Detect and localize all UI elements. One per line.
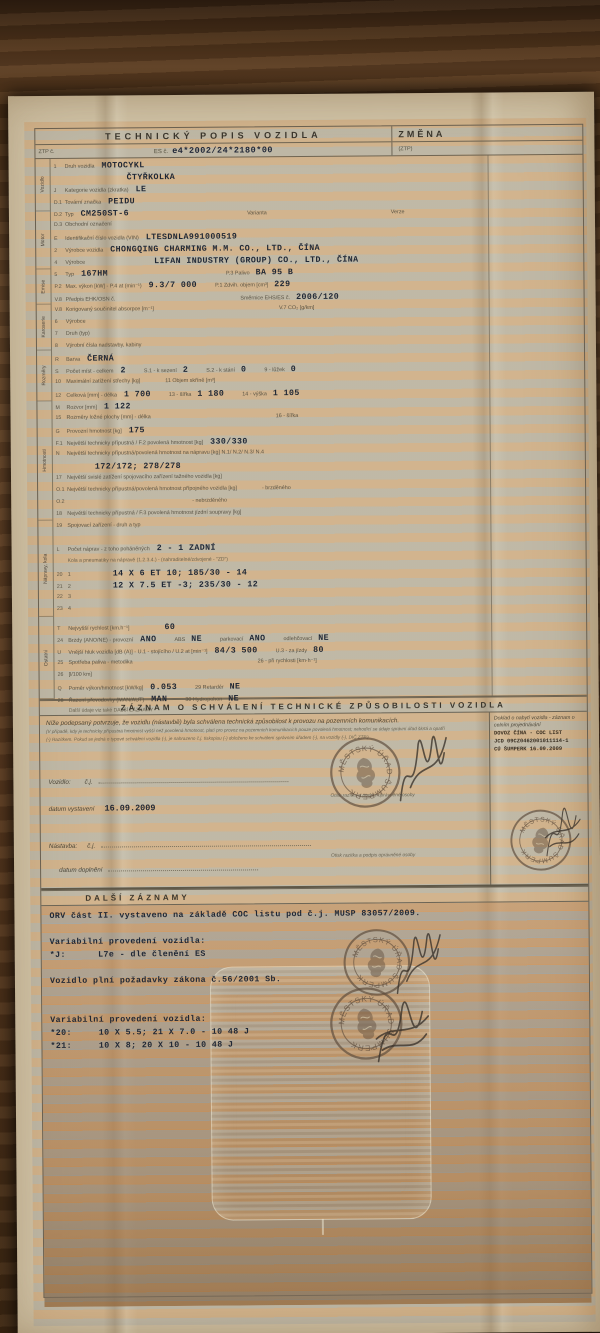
field-label: 14 - výška (242, 391, 267, 397)
field-label: Směrnice EHS/ES č. (240, 295, 290, 301)
field-label: - nebrzděného (192, 498, 227, 504)
field-label: 13 - šířka (169, 392, 192, 398)
records-section-title: DALŠÍ ZÁZNAMY (85, 892, 189, 902)
field-extra: 9 - lůžek0 (264, 365, 296, 374)
field-value: 2 (183, 366, 188, 375)
approval-main: Níže podepsaný potvrzuje, že vozidlu (ná… (40, 713, 490, 889)
field-label: [l/100 km] (69, 672, 92, 678)
completion-date-row: datum doplnění (49, 862, 258, 874)
section-tab-2: Motor (36, 211, 50, 269)
section-tab-5: Rozměry (37, 351, 51, 402)
field-number: 15 (56, 415, 67, 421)
field-label: S.1 - k sezení (144, 368, 177, 374)
field-number: 2 (54, 248, 65, 254)
field-number: O.2 (56, 499, 67, 505)
field-label: 9 - lůžek (264, 367, 284, 373)
field-label: Předpis EHK/OSN č. (66, 296, 116, 302)
field-label: 1 (68, 571, 78, 577)
field-label: P.3 Palivo (226, 271, 250, 277)
field-number: Q (58, 686, 69, 692)
field-extra: 13 - šířka1 180 (169, 390, 224, 399)
field-label: Největší technicky přípustná/povolená hm… (67, 449, 264, 457)
title-cell: TECHNICKÝ POPIS VOZIDLA (35, 126, 392, 144)
field-number: U (57, 650, 68, 656)
field-extra: P.1 Zdvih. objem [cm³]229 (215, 281, 290, 291)
field-value: 2006/120 (296, 292, 339, 301)
acquisition-line-3: CÚ ŠUMPERK 16.09.2009 (494, 746, 583, 753)
field-number: 4 (54, 260, 65, 266)
field-label: Spotřeba paliva - metodika (68, 659, 132, 666)
section-tab-3: Emise (36, 270, 50, 305)
field-label: Typ (65, 272, 74, 278)
ref-number-label-2: č.j. (87, 843, 95, 850)
approval-body: Níže podepsaný potvrzuje, že vozidlu (ná… (40, 712, 588, 890)
field-value: ANO (249, 634, 265, 643)
field-extra: - nebrzděného (192, 498, 233, 504)
field-number: 5 (54, 272, 65, 278)
field-label: Spojovací zařízení - druh a typ (67, 523, 140, 530)
field-label: 3 (68, 593, 78, 599)
field-label: Poměr výkon/hmotnost [kW/kg] (69, 685, 144, 692)
field-extra: - brzděného (262, 485, 297, 491)
field-number: M (55, 405, 66, 411)
section-tab-4: Karoserie (37, 304, 51, 351)
signature (543, 798, 584, 870)
field-label: Max. výkon [kW] - P.4 at (min⁻¹) (65, 284, 141, 291)
field-extra: S.2 - k stání0 (206, 365, 246, 374)
field-label: Vnější hluk vozidla [dB (A)] - U.1 - sto… (68, 649, 207, 656)
field-value: 80 (313, 646, 324, 655)
field-extra: 26 - při rychlosti [km·h⁻¹] (258, 658, 323, 665)
field-value: 2 (120, 366, 125, 375)
field-value: LIFAN INDUSTRY (GROUP) CO., LTD., ČÍNA (154, 256, 358, 267)
field-extra: 14 - výška1 105 (242, 389, 300, 398)
vehicle-document-paper: TECHNICKÝ POPIS VOZIDLA ZMĚNA ZTP č. ES … (8, 92, 600, 1333)
form-area: VozidloMotorEmiseKaroserieRozměryHmotnos… (36, 155, 587, 700)
es-label: ES č. (154, 149, 168, 155)
form-rows: 1Druh vozidlaMOTOCYKLČTYŘKOLKAJKategorie… (51, 156, 397, 699)
field-number: 28 (58, 698, 69, 704)
records-body: ORV část II. vystaveno na základě COC li… (41, 902, 591, 1307)
field-label: Kola a pneumatiky na nápravě (1.2.3.4.) … (68, 556, 228, 563)
approval-section-title: ZÁZNAM O SCHVÁLENÍ TECHNICKÉ ZPŮSOBILOST… (121, 700, 506, 712)
field-value: 0.053 (150, 683, 177, 692)
issue-date-value: 16.09.2009 (104, 803, 155, 813)
field-number: E (54, 236, 65, 242)
field-value: NE (230, 682, 241, 691)
field-label: Identifikační číslo vozidla (VIN) (65, 236, 139, 243)
field-label: Barva (66, 356, 80, 362)
field-label: 11 Objem skříně [m³] (165, 378, 215, 384)
ztp-sub-cell: (ZTP) (392, 141, 582, 155)
completion-date-label: datum doplnění (59, 867, 102, 874)
change-column-title: ZMĚNA (398, 128, 445, 138)
field-extra: 16 - šířka (276, 413, 305, 419)
change-cell: ZMĚNA (392, 125, 582, 141)
field-label: Celková [mm] - délka (66, 392, 117, 398)
field-value: ČERNÁ (87, 354, 114, 363)
field-extra: Směrnice EHS/ES č.2006/120 (240, 292, 339, 302)
field-label: Nejvyšší rychlost [km.h⁻¹] (68, 625, 129, 631)
field-label: Druh vozidla (65, 164, 95, 170)
field-value: 0 (241, 365, 246, 374)
field-label: Největší svislé zatížení spojovacího zař… (67, 474, 222, 481)
section-tab-7: Nápravy, kola (38, 521, 53, 617)
field-number: D.1 (54, 200, 65, 206)
field-number: T (57, 626, 68, 632)
field-label: Varianta (247, 210, 267, 216)
ref-number-blank-2 (101, 838, 311, 848)
field-number: 20 (57, 571, 68, 577)
field-label: Největší technicky přípustná / F.2 povol… (67, 440, 203, 447)
field-extra: V.7 CO₂ [g/km] (279, 304, 320, 310)
field-value: 60 (164, 623, 175, 632)
vehicle-label: Vozidlo: (48, 779, 70, 786)
field-number: 23 (57, 606, 68, 612)
field-label: Typ (65, 212, 74, 218)
field-number: 21 (57, 583, 68, 589)
field-extra: parkovacíANO (220, 634, 266, 643)
field-number: 19 (56, 523, 67, 529)
field-value: NE (318, 634, 329, 643)
es-number-cell: ZTP č. ES č. e4*2002/24*2180*00 (35, 142, 392, 158)
acquisition-heading: Doklad o nabytí vozidla - záznam o celní… (494, 715, 583, 729)
field-number: L (57, 547, 68, 553)
vehicle-ref-row: Vozidlo: č.j. (48, 774, 288, 786)
field-value: 1 122 (104, 402, 131, 411)
field-value: 14 X 6 ET 10; 185/30 - 14 (113, 568, 248, 578)
field-label: Rozvor [mm] (66, 405, 97, 411)
completion-date-blank (108, 862, 258, 871)
field-number: 24 (57, 638, 68, 644)
field-value: 1 700 (124, 390, 151, 399)
field-number: S (55, 369, 66, 375)
ztp-number-label: ZTP č. (38, 148, 54, 154)
field-number: 25 (57, 660, 68, 666)
field-number: 7 (55, 331, 66, 337)
field-value: NE (191, 635, 202, 644)
field-value: 229 (274, 281, 290, 290)
technical-description-table: TECHNICKÝ POPIS VOZIDLA ZMĚNA ZTP č. ES … (34, 124, 592, 1298)
field-label: odlehčovací (283, 636, 312, 642)
field-number: G (56, 429, 67, 435)
field-number: V.8 (55, 296, 66, 302)
field-label: 4 (68, 605, 78, 611)
field-number: D.2 (54, 212, 65, 218)
section-tab-1: Vozidlo (36, 159, 50, 212)
ref-number-blank (99, 774, 289, 783)
field-value: 84/3 500 (215, 646, 258, 655)
field-label: - brzděného (262, 485, 291, 491)
field-value: 175 (129, 426, 145, 435)
field-extra: 11 Objem skříně [m³] (165, 377, 221, 383)
field-label: U.3 - za jízdy (276, 648, 308, 654)
field-label: Výrobní čísla nadstavby, kabiny (66, 342, 141, 349)
field-number: 1 (54, 164, 65, 170)
field-label: 2 (68, 583, 78, 589)
field-extra: U.3 - za jízdy80 (276, 646, 324, 655)
field-label: Rozměry ložné plochy [mm] - délka (67, 414, 151, 421)
field-number: V.8 (55, 306, 66, 312)
field-number: F.1 (56, 441, 67, 447)
field-value: 167HM (81, 270, 108, 279)
issue-date-row: datum vystavení 16.09.2009 (49, 803, 156, 814)
field-label: Druh (typ) (66, 330, 90, 336)
field-label: Kategorie vozidla (zkratka) (65, 187, 129, 194)
stamp-caption-2: Otisk razítka a podpis oprávněné osoby (331, 853, 415, 859)
field-number: 26 (58, 672, 69, 678)
field-number: 8 (55, 343, 66, 349)
field-number: J (54, 188, 65, 194)
field-value: CM250ST-6 (81, 210, 129, 219)
field-label: V.7 CO₂ [g/km] (279, 304, 314, 310)
field-value: LTESDNLA991000519 (146, 233, 238, 243)
field-extra: odlehčovacíNE (283, 634, 329, 643)
field-number: N (56, 451, 67, 457)
field-value: 1 180 (197, 390, 224, 399)
field-extra: ABSNE (174, 635, 202, 644)
field-number: 22 (57, 593, 68, 599)
acquisition-box: Doklad o nabytí vozidla - záznam o celní… (489, 712, 588, 885)
field-extra: S.1 - k sezení2 (144, 366, 188, 375)
field-label: Výrobce vozidla (65, 248, 103, 254)
field-extra: Varianta (247, 210, 273, 216)
field-extra: P.3 PalivoBA 95 B (226, 268, 293, 278)
field-value: LE (136, 185, 147, 194)
field-label: ABS (174, 637, 185, 643)
field-number: P.2 (54, 284, 65, 290)
field-label: Korigovaný součinitel absorpce [m⁻¹] (66, 306, 154, 313)
field-label: Výrobce (65, 260, 85, 266)
field-number: O.1 (56, 487, 67, 493)
field-extra: 29 RetardérNE (195, 682, 240, 691)
change-column-empty (392, 155, 586, 696)
field-value: PEIDU (108, 197, 135, 206)
es-approval-number: e4*2002/24*2180*00 (172, 145, 273, 156)
field-label: Provozní hmotnost [kg] (67, 428, 122, 434)
acquisition-line-1: DOVOZ ČÍNA - COC LIST (494, 730, 583, 737)
field-value: 9.3/7 000 (149, 281, 197, 290)
field-value: 330/330 (210, 438, 248, 447)
document-title: TECHNICKÝ POPIS VOZIDLA (105, 129, 322, 141)
ref-number-label: č.j. (85, 779, 93, 786)
field-value: 12 X 7.5 ET -3; 235/30 - 12 (113, 580, 258, 590)
field-label: Počet náprav - z toho poháněných (68, 547, 150, 554)
superstructure-ref-row: Nástavba: č.j. (49, 838, 311, 850)
signature (372, 989, 433, 1079)
field-number: 18 (56, 511, 67, 517)
field-label: Výrobce (66, 318, 86, 324)
field-label: Obchodní označení (65, 222, 112, 228)
field-label: parkovací (220, 636, 243, 642)
field-label: Největší technicky přípustná/povolená hm… (67, 486, 237, 493)
field-value: 172/172; 278/278 (95, 462, 181, 472)
field-label: Největší technicky přípustná / F.3 povol… (67, 510, 241, 517)
field-value: 1 105 (273, 389, 300, 398)
field-number: 10 (55, 379, 66, 385)
field-number: R (55, 357, 66, 363)
field-value: MOTOCYKL (101, 161, 144, 170)
field-label: 26 - při rychlosti [km·h⁻¹] (258, 658, 317, 664)
records-typed-lines: ORV část II. vystaveno na základě COC li… (41, 902, 589, 1055)
signature (392, 725, 453, 811)
field-number: 12 (55, 393, 66, 399)
field-value: 2 - 1 ZADNÍ (157, 544, 216, 553)
change-sub-label: (ZTP) (398, 146, 412, 152)
field-label: P.1 Zdvih. objem [cm³] (215, 283, 268, 289)
acquisition-line-2: JCD 09CZ0462001011114-1 (494, 738, 583, 745)
field-label: 29 Retardér (195, 685, 224, 691)
photo-of-document: TECHNICKÝ POPIS VOZIDLA ZMĚNA ZTP č. ES … (0, 0, 600, 1333)
field-number: D.3 (54, 222, 65, 228)
field-value: 0 (291, 365, 296, 374)
field-label: Tovární značka (65, 200, 101, 206)
field-number: 17 (56, 475, 67, 481)
issue-date-label: datum vystavení (49, 806, 95, 813)
field-label: Brzdy (ANO/NE) - provozní (68, 637, 133, 644)
field-label: S.2 - k stání (206, 367, 235, 373)
field-label: 16 - šířka (276, 413, 299, 419)
field-value: CHONGQING CHARMING M.M. CO., LTD., ČÍNA (110, 244, 320, 255)
field-value: BA 95 B (256, 268, 294, 277)
field-number: 6 (55, 318, 66, 324)
field-label: Počet míst - celkem (66, 368, 113, 374)
field-label: Maximální zatížení střechy [kg] (66, 378, 140, 385)
section-tab-6: Hmotnosti (37, 401, 52, 521)
field-value: ČTYŘKOLKA (127, 173, 175, 182)
section-tab-8: Ostatní (39, 617, 54, 699)
field-value: ANO (140, 635, 156, 644)
superstructure-label: Nástavba: (49, 843, 77, 850)
